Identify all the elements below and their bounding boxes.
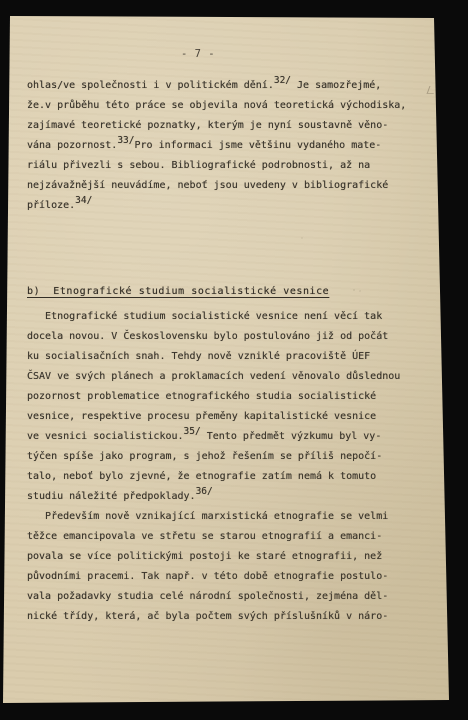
- text-line: ČSAV ve svých plánech a proklamacích ved…: [27, 367, 437, 387]
- photocopy-background: { "document": { "page_number": "- 7 -", …: [0, 0, 468, 720]
- text-line: studiu náležité předpoklady.36/: [27, 487, 437, 507]
- text-line: týčen spíše jako program, s jehož řešení…: [27, 447, 437, 467]
- paragraph-1: ohlas/ve společnosti i v politickém dění…: [27, 76, 437, 216]
- text-line: nejzávažnější neuvádíme, neboť jsou uved…: [27, 176, 437, 196]
- text-line: Především nově vznikající marxistická et…: [27, 507, 437, 527]
- text-line: vesnice, respektive procesu přeměny kapi…: [27, 407, 437, 427]
- text-line: pozornost problematice etnografického st…: [27, 387, 437, 407]
- text-line: b) Etnografické studium socialistické ve…: [27, 282, 437, 302]
- text-line: docela novou. V Československu bylo post…: [27, 327, 437, 347]
- section-heading-b: b) Etnografické studium socialistické ve…: [27, 282, 437, 302]
- text-line: vána pozornost.33/Pro informaci jsme vět…: [27, 136, 437, 156]
- footnote-reference: 36/: [196, 486, 213, 497]
- footnote-reference: 32/: [274, 75, 291, 86]
- footnote-reference: 34/: [75, 195, 92, 206]
- text-line: Etnografické studium socialistické vesni…: [27, 307, 437, 327]
- document-page: - 7 - ohlas/ve společnosti i v politické…: [0, 0, 468, 720]
- text-line: původními pracemi. Tak např. v této době…: [27, 567, 437, 587]
- text-line: riálu přivezli s sebou. Bibliografické p…: [27, 156, 437, 176]
- footnote-reference: 33/: [117, 135, 134, 146]
- page-number: - 7 -: [181, 44, 215, 64]
- text-line: povala se více politickými postoji ke st…: [27, 547, 437, 567]
- text-line: těžce emancipovala ve střetu se starou e…: [27, 527, 437, 547]
- text-line: nické třídy, která, ač byla počtem svých…: [27, 607, 437, 627]
- text-line: ohlas/ve společnosti i v politickém dění…: [27, 76, 437, 96]
- text-line: zajímavé teoretické poznatky, kterým je …: [27, 116, 437, 136]
- text-line: talo, neboť bylo zjevné, že etnografie z…: [27, 467, 437, 487]
- text-line: příloze.34/: [27, 196, 437, 216]
- text-line: vala požadavky studia celé národní spole…: [27, 587, 437, 607]
- text-line: ku socialisačních snah. Tehdy nově vznik…: [27, 347, 437, 367]
- paragraph-3: Především nově vznikající marxistická et…: [27, 507, 437, 627]
- paragraph-2: Etnografické studium socialistické vesni…: [27, 307, 437, 507]
- text-body: ohlas/ve společnosti i v politickém dění…: [27, 76, 437, 627]
- footnote-reference: 35/: [184, 426, 201, 437]
- text-line: ve vesnici socialistickou.35/ Tento před…: [27, 427, 437, 447]
- text-line: že.v průběhu této práce se objevila nová…: [27, 96, 437, 116]
